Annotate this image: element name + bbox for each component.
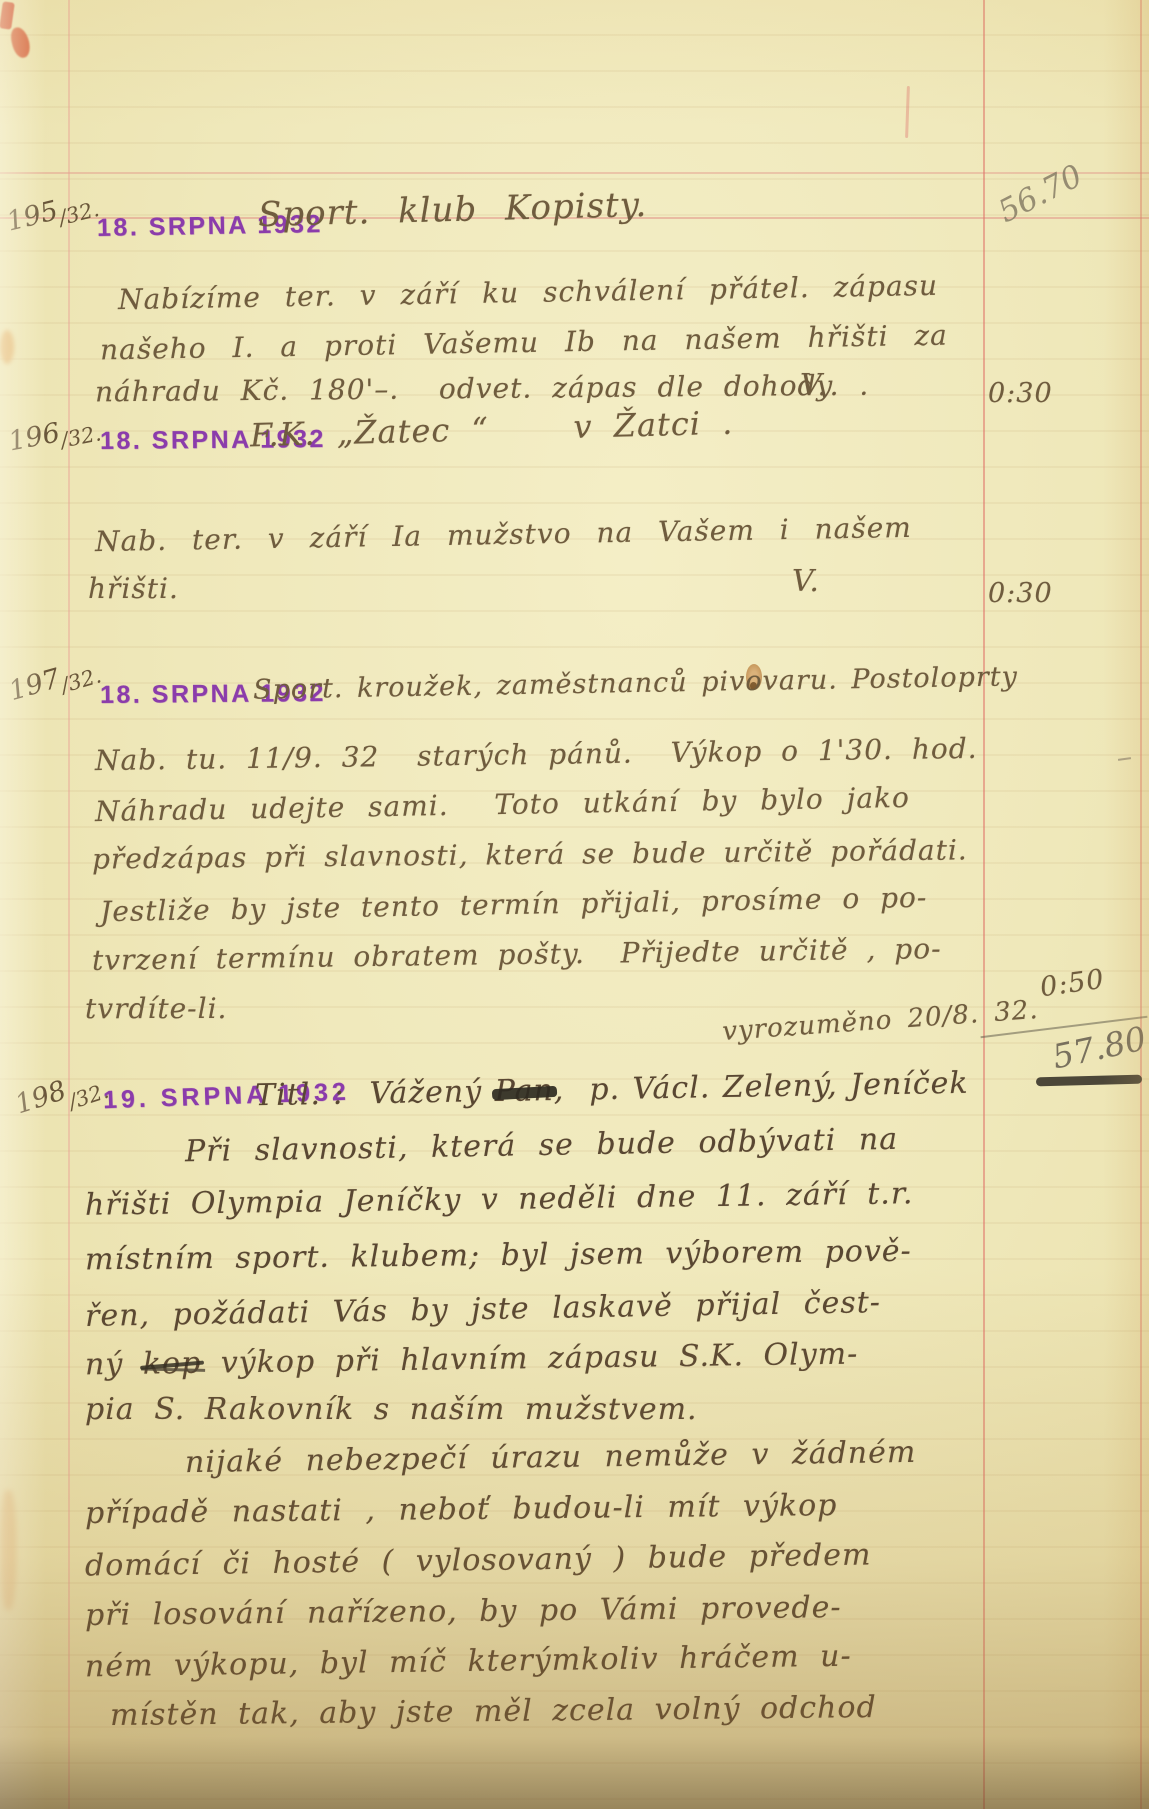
- entry-number: 198/32.: [11, 1063, 108, 1121]
- entry-title: F.K. „Žatec “ v Žatci .: [250, 404, 734, 455]
- amount-column-rule: [983, 0, 985, 1809]
- pencil-dash: [1118, 757, 1131, 761]
- margin-rule-left: [68, 0, 70, 1809]
- edge-stain: [0, 330, 14, 364]
- handwritten-line: náhradu Kč. 180'–. odvet. zápas dle doho…: [95, 369, 870, 409]
- handwritten-line: řen, požádati Vás by jste laskavě přijal…: [85, 1285, 881, 1334]
- handwritten-line: ný kop výkop při hlavním zápasu S.K. Oly…: [85, 1337, 859, 1383]
- entry-number: 197/32.: [6, 652, 103, 707]
- handwritten-line: hřišti.: [88, 572, 179, 605]
- entry-number: 196/32.: [6, 410, 102, 458]
- handwritten-line: Nabízíme ter. v září ku schválení přátel…: [118, 269, 939, 316]
- bleed-mark: [905, 86, 910, 138]
- signature-initial: V.: [800, 368, 828, 403]
- handwritten-line: předzápas při slavnosti, která se bude u…: [92, 833, 968, 875]
- note-vyrozumeno: vyrozuměno 20/8. 32.: [721, 995, 1039, 1047]
- handwritten-line: místěn tak, aby jste měl zcela volný odc…: [110, 1690, 877, 1733]
- amount-value: 0:50: [1038, 964, 1106, 1004]
- struck-word: Pan: [494, 1073, 554, 1109]
- amount-value: 0:30: [988, 378, 1053, 409]
- handwritten-line: Náhradu udejte sami. Toto utkání by bylo…: [95, 781, 910, 828]
- handwritten-line: domácí či hosté ( vylosovaný ) bude před…: [85, 1538, 872, 1584]
- entry-title: Sport. klub Kopisty.: [258, 185, 648, 235]
- entry-title: Titl. : Vážený Pan, p. Václ. Zelený, Jen…: [255, 1066, 969, 1113]
- handwritten-line: případě nastati , neboť budou-li mít výk…: [85, 1488, 838, 1531]
- amount-value: 0:30: [988, 578, 1053, 609]
- red-edge-mark: [9, 25, 33, 59]
- handwritten-line: Nab. tu. 11/9. 32 starých pánů. Výkop o …: [95, 732, 978, 777]
- handwritten-line: tvrdíte-li.: [85, 992, 227, 1025]
- entry-number: 195/32.: [4, 185, 101, 237]
- struck-word: kop: [143, 1346, 202, 1382]
- handwritten-line: Jestliže by jste tento termín přijali, p…: [100, 881, 928, 928]
- edge-stain: [0, 1490, 16, 1610]
- handwritten-line: Při slavnosti, která se bude odbývati na: [185, 1122, 899, 1169]
- pencil-total-top: 56.70: [993, 158, 1088, 230]
- ledger-page: 56.70 195/32. 18. SRPNA 1932 Sport. klub…: [0, 0, 1149, 1809]
- red-edge-mark: [0, 1, 15, 29]
- entry-title: Sport. kroužek, zaměstnanců pivovaru. Po…: [253, 661, 1018, 705]
- handwritten-line: pia S. Rakovník s naším mužstvem.: [85, 1392, 698, 1427]
- handwritten-line: místním sport. klubem; byl jsem výborem …: [85, 1234, 912, 1278]
- signature-initial: V.: [792, 564, 820, 599]
- handwritten-line: Nab. ter. v září Ia mužstvo na Vašem i n…: [95, 511, 912, 558]
- handwritten-line: při losování nařízeno, by po Vámi proved…: [85, 1590, 842, 1633]
- total-underline: [1036, 1075, 1142, 1087]
- handwritten-line: ném výkopu, byl míč kterýmkoliv hráčem u…: [85, 1639, 852, 1685]
- handwritten-line: hřišti Olympia Jeníčky v neděli dne 11. …: [85, 1176, 914, 1223]
- handwritten-line: nijaké nebezpečí úrazu nemůže v žádném: [185, 1435, 917, 1480]
- handwritten-line: našeho I. a proti Vašemu Ib na našem hři…: [100, 319, 948, 367]
- edge-rule-right: [1140, 0, 1142, 1809]
- header-rule-top: [0, 172, 1149, 174]
- handwritten-line: tvrzení termínu obratem pošty. Přijedte …: [92, 932, 942, 977]
